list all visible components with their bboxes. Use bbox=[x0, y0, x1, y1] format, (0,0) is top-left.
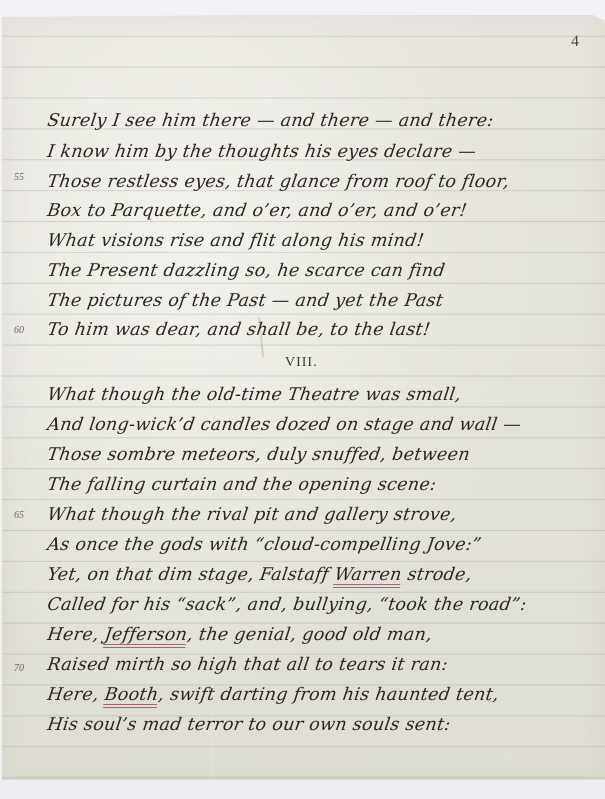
verse-line: The falling curtain and the opening scen… bbox=[46, 475, 438, 495]
verse-text: Yet, on that dim stage, Falstaff bbox=[46, 565, 336, 585]
line-number: 65 bbox=[14, 510, 24, 521]
verse-line: Here, Jefferson, the genial, good old ma… bbox=[46, 625, 433, 645]
line-number: 60 bbox=[14, 325, 24, 336]
verse-text: His soul’s mad terror to our own souls s… bbox=[46, 715, 452, 735]
verse-line: I know him by the thoughts his eyes decl… bbox=[46, 142, 478, 162]
verse-line: Surely I see him there — and there — and… bbox=[46, 111, 495, 131]
verse-line: And long-wick’d candles dozed on stage a… bbox=[46, 415, 522, 435]
verse-line: The pictures of the Past — and yet the P… bbox=[46, 291, 445, 311]
verse-line: His soul’s mad terror to our own souls s… bbox=[46, 715, 452, 735]
verse-line: Yet, on that dim stage, Falstaff Warren … bbox=[46, 565, 473, 585]
verse-line: What visions rise and flit along his min… bbox=[46, 231, 425, 251]
verse-line: Those sombre meteors, duly snuffed, betw… bbox=[46, 445, 471, 465]
verse-text: Raised mirth so high that all to tears i… bbox=[46, 655, 449, 675]
verse-line: Box to Parquette, and o’er, and o’er, an… bbox=[46, 201, 468, 221]
section-heading: VIII. bbox=[285, 355, 318, 371]
verse-text: Here, bbox=[46, 625, 106, 645]
page-number: 4 bbox=[571, 33, 579, 51]
verse-line: To him was dear, and shall be, to the la… bbox=[46, 320, 432, 340]
verse-line: What though the rival pit and gallery st… bbox=[46, 505, 458, 525]
verse-line: The Present dazzling so, he scarce can f… bbox=[46, 261, 446, 281]
verse-line: What though the old-time Theatre was sma… bbox=[46, 385, 463, 405]
verse-text: Here, bbox=[46, 685, 106, 705]
verse-line: Those restless eyes, that glance from ro… bbox=[46, 172, 511, 192]
underlined-name-booth: Booth bbox=[103, 685, 160, 705]
verse-text: , the genial, good old man, bbox=[186, 625, 434, 645]
underlined-name-jefferson: Jefferson bbox=[103, 625, 188, 645]
verse-text: What though the rival pit and gallery st… bbox=[46, 505, 458, 525]
verse-text: strode, bbox=[400, 565, 473, 585]
verse-text: As once the gods with “cloud-compelling … bbox=[46, 535, 483, 555]
verse-text: Those sombre meteors, duly snuffed, betw… bbox=[46, 445, 471, 465]
verse-line: As once the gods with “cloud-compelling … bbox=[46, 535, 483, 555]
verse-text: Called for his “sack”, and, bullying, “t… bbox=[46, 595, 528, 615]
underlined-name-warren: Warren bbox=[333, 565, 403, 585]
verse-text: , swift darting from his haunted tent, bbox=[157, 685, 500, 705]
verse-line: Here, Booth, swift darting from his haun… bbox=[46, 685, 500, 705]
verse-text: What though the old-time Theatre was sma… bbox=[46, 385, 463, 405]
line-number: 55 bbox=[14, 172, 24, 183]
verse-text: The falling curtain and the opening scen… bbox=[46, 475, 438, 495]
manuscript-page: 4 Surely I see him there — and there — a… bbox=[2, 15, 605, 780]
verse-text: And long-wick’d candles dozed on stage a… bbox=[46, 415, 522, 435]
verse-line: Called for his “sack”, and, bullying, “t… bbox=[46, 595, 528, 615]
line-number: 70 bbox=[14, 663, 24, 674]
verse-line: Raised mirth so high that all to tears i… bbox=[46, 655, 449, 675]
